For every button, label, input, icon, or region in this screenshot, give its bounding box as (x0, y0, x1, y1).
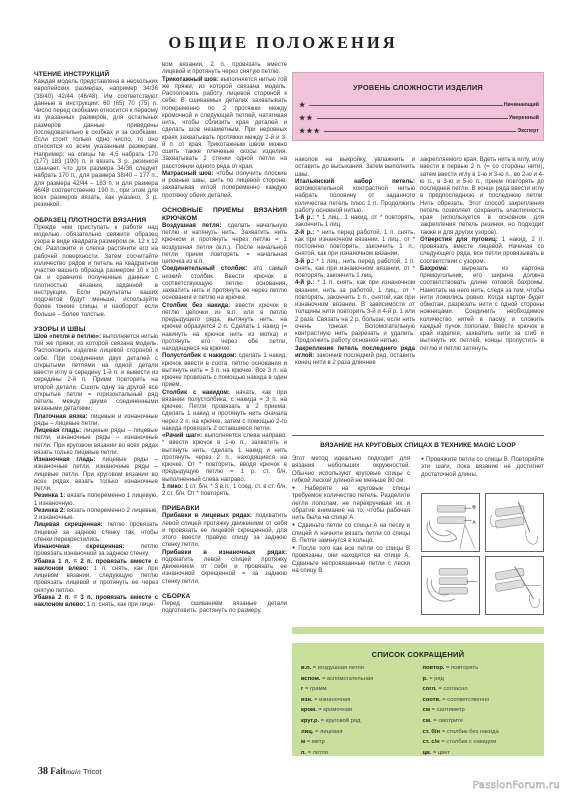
term-paragraph: Резинка 1: вязать попеременно 1 лицевую,… (34, 493, 158, 508)
term-paragraph: Изнаночная скрещенная: петлю провязать и… (34, 544, 158, 559)
term-paragraph: Резинка 2: вязать попеременно 2 лицевые,… (34, 508, 158, 523)
abbreviation-item: лиц. = лицевая (301, 727, 417, 738)
abbreviation-item: ст. б/н = столбик без накида (423, 727, 539, 738)
bullet-icon: ● (292, 522, 296, 528)
page-number: 38 (38, 766, 48, 777)
abbreviations-left-column: в.п. = воздушная петлявспом. = вспомогат… (301, 663, 417, 758)
page-footer: 38 Faitmain Tricot (38, 766, 101, 777)
continued-text: вом вязании, 2 п. провязать вместе лицев… (162, 62, 287, 77)
term-label: Полустолбик с накидом: (162, 353, 237, 359)
magic-loop-step: ●Сдвиньте петли со спицы А на леску и сп… (292, 522, 410, 545)
knitting-needles-icon (422, 557, 479, 614)
continued-text: наколов на выкройку, увлажнить и оставит… (295, 157, 415, 179)
term-description: сделать начальную петлю и натянуть нить.… (162, 223, 287, 265)
star-icon: ★★★ (299, 127, 321, 135)
magic-loop-diagram-1: B A (421, 493, 480, 552)
term-list: Прибавки в лицевых рядах: подхватить лев… (162, 513, 287, 586)
term-paragraph: Закрепление петель последнего ряда иглой… (295, 346, 415, 368)
knitting-needles-icon (486, 557, 543, 614)
magazine-brand: Fait (50, 766, 66, 776)
abbreviation-item: п. = петля (301, 748, 417, 759)
abbreviation-item: ст. с/н = столбик с накидом (423, 737, 539, 748)
magazine-name: Tricot (83, 767, 101, 776)
term-paragraph: Изнаночная гладь: лицевые ряды – изнаноч… (34, 457, 158, 493)
term-description: подхватить левой спицей протяжку движени… (162, 557, 287, 585)
term-label: Лицевая скрещенная: (34, 522, 103, 528)
term-label: Воздушная петля: (162, 223, 221, 229)
section-title-crochet: ОСНОВНЫЕ ПРИЕМЫ ВЯЗАНИЯ КРЮЧКОМ (162, 207, 287, 223)
magic-loop-step: ●Провяжите петли со спицы В. Повторяйте … (421, 456, 544, 479)
section-title-gauge-swatch: ОБРАЗЕЦ ПЛОТНОСТИ ВЯЗАНИЯ (34, 217, 158, 225)
term-paragraph: Матрасный шов: чтобы получить плоские и … (162, 171, 287, 200)
term-label: Матрасный шов: (162, 171, 214, 177)
term-list: Трикотажный шов: выполняется нитью той ж… (162, 77, 287, 200)
difficulty-label: Эксперт (517, 128, 539, 134)
term-paragraph: 1-й р.: * 1 лиц., 1 накид, от * повторят… (295, 215, 415, 230)
term-paragraph: Трикотажный шов: выполняется нитью той ж… (162, 77, 287, 171)
term-label: Соединительный столбик: (162, 266, 247, 272)
abbreviation-item: в.п. = воздушная петля (301, 663, 417, 674)
magic-loop-step: ●Наберите на круговые спицы требуемое ко… (292, 485, 410, 522)
term-paragraph: 4-й р.: * 1 п. снять, как при изнаночном… (295, 280, 415, 345)
abbreviations-title: СПИСОК СОКРАЩЕНИЙ (292, 650, 544, 659)
leader-line (309, 105, 502, 106)
section-text-assembly: Перед сшиванием вязаные детали подготови… (162, 601, 287, 616)
magic-loop-step: ●После того как все петли со спицы В про… (292, 545, 410, 575)
term-label: Изнаночная скрещенная: (34, 544, 124, 550)
term-paragraph: Бахрома: вырезать из картона прямоугольн… (420, 266, 544, 353)
term-label: Шов «петля в петлю»: (34, 334, 101, 340)
difficulty-label: Начинающий (504, 102, 539, 108)
bullet-icon: ● (421, 456, 424, 462)
term-paragraph: 3-й р.: * 1 лиц., нить перед работой, 1 … (295, 259, 415, 281)
term-paragraph: Соединительный столбик: это самый низкий… (162, 266, 287, 302)
term-list: Воздушная петля: сделать начальную петлю… (162, 223, 287, 499)
term-label: 2-й р.: (295, 230, 314, 236)
term-label: Лицевая гладь: (34, 428, 81, 434)
term-paragraph: Шов «петля в петлю»: выполняется нитью т… (34, 334, 158, 414)
svg-text:A: A (472, 519, 476, 525)
difficulty-row-beginner: ★ Начинающий (299, 101, 539, 109)
abbreviation-item: цв. = цвет (423, 748, 539, 759)
page-title: ОБЩИЕ ПОЛОЖЕНИЯ (0, 33, 566, 53)
abbreviations-top-strip (292, 627, 544, 634)
magic-loop-diagram-2 (485, 493, 544, 552)
term-paragraph: Отверстия для пуговиц: 1 накид, 2 п. про… (420, 237, 544, 266)
term-label: 1 пико: (162, 484, 183, 490)
difficulty-label: Уверенный (509, 115, 539, 121)
column-1: ЧТЕНИЕ ИНСТРУКЦИЙ Каждая модель представ… (34, 71, 158, 609)
abbreviation-item: согл. = согласно (423, 684, 539, 695)
term-paragraph: Убавка 1 п. = 2 п. провязать вместе с на… (34, 559, 158, 595)
term-label: Платочная вязка: (34, 414, 88, 420)
term-paragraph: Столбик без накида: ввести крючок в петл… (162, 303, 287, 354)
term-paragraph: Прибавки в изнаночных рядах: подхватить … (162, 550, 287, 586)
term-description: начать, как при вязании полустолбика, с … (162, 390, 287, 432)
term-paragraph: 2-й р.: * нить перед работой, 1 п. снять… (295, 230, 415, 259)
leader-line (317, 118, 508, 119)
term-label: Прибавки в изнаночных рядах: (162, 550, 287, 556)
abbreviation-item: р. = ряд (423, 674, 539, 685)
term-label: Трикотажный шов: (162, 77, 219, 83)
abbreviation-item: круг.р. = круговой ряд (301, 716, 417, 727)
abbreviation-item: см = сантиметр (423, 705, 539, 716)
term-description: * 1 п. снять, как при изнаночном вязании… (295, 280, 415, 344)
column-4: закрепляемого края. Вдеть нить в иглу, и… (420, 157, 544, 353)
term-paragraph: Итальянский набор петель: вспомогательно… (295, 179, 415, 215)
term-description: выполняется нитью той же пряжи, из котор… (162, 77, 287, 170)
term-list: Отверстия для пуговиц: 1 накид, 2 п. про… (420, 237, 544, 353)
difficulty-row-confident: ★★ Уверенный (299, 114, 539, 122)
term-description: выполняется нитью той же пряжи, из котор… (34, 334, 158, 413)
term-paragraph: Прибавки в лицевых рядах: подхватить лев… (162, 513, 287, 549)
section-title-assembly: СБОРКА (162, 593, 287, 601)
term-list: Итальянский набор петель: вспомогательно… (295, 179, 415, 368)
star-icon: ★★ (299, 114, 314, 122)
term-paragraph: Столбик с накидом: начать, как при вязан… (162, 390, 287, 434)
term-label: 1-й р.: (295, 215, 314, 221)
section-divider (292, 435, 544, 436)
magic-loop-column-2: ●Провяжите петли со спицы В. Повторяйте … (421, 456, 544, 479)
term-label: Бахрома: (420, 266, 448, 272)
abbreviation-item: изн. = изнаночная (301, 695, 417, 706)
term-list: Шов «петля в петлю»: выполняется нитью т… (34, 334, 158, 610)
leader-line (324, 131, 517, 132)
magic-loop-diagram-4 (485, 556, 544, 615)
term-description: выполняется слева направо: * ввести крюч… (162, 433, 287, 483)
term-description: * 1 лиц., нить перед работой, 1 п. снять… (295, 259, 415, 280)
magazine-brand-italic: main (66, 767, 81, 776)
term-label: 3-й р.: (295, 259, 314, 265)
magic-loop-title: ВЯЗАНИЕ НА КРУГОВЫХ СПИЦАХ В ТЕХНИКЕ MAG… (292, 442, 544, 449)
bullet-icon: ● (292, 545, 296, 551)
magic-loop-intro: Этот метод идеально подходит для вязания… (292, 456, 410, 485)
watermark: PassionForum.ru (473, 780, 560, 791)
term-label: Отверстия для пуговиц: (420, 237, 498, 243)
term-label: Резинка 1: (34, 493, 65, 499)
term-label: Резинка 2: (34, 508, 65, 514)
abbreviation-item: соотв. = соответственно (423, 695, 539, 706)
abbreviation-item: см. = смотрите (423, 716, 539, 727)
difficulty-row-expert: ★★★ Эксперт (299, 127, 539, 135)
abbreviation-item: м = метр (301, 737, 417, 748)
term-label: Прибавки в лицевых рядах: (162, 513, 252, 519)
section-title-reading-instructions: ЧТЕНИЕ ИНСТРУКЦИЙ (34, 71, 158, 79)
bullet-icon: ● (292, 485, 303, 491)
difficulty-level-box: УРОВЕНЬ СЛОЖНОСТИ ИЗДЕЛИЯ ★ Начинающий ★… (292, 72, 544, 141)
term-label: Итальянский набор петель: (295, 179, 415, 185)
magic-loop-diagram-3 (421, 556, 480, 615)
term-description: 1 п. снять, как при лице- (85, 602, 155, 608)
section-text-reading-instructions: Каждая модель представлена в нескольких … (34, 79, 158, 210)
term-paragraph: Воздушная петля: сделать начальную петлю… (162, 223, 287, 267)
abbreviation-item: вспом. = вспомогательная (301, 674, 417, 685)
term-paragraph: Платочная вязка: лицевые и изнаночные ря… (34, 414, 158, 429)
term-description: вырезать из картона прямоугольник, его ш… (420, 266, 544, 352)
abbreviations-right-column: повтор. = повторятьр. = рядсогл. = согла… (423, 663, 539, 758)
term-paragraph: 1 пико: 1 ст. б/н, * 3 в.п., 1 соед. ст.… (162, 484, 287, 499)
column-2: вом вязании, 2 п. провязать вместе лицев… (162, 62, 287, 615)
continued-text: закрепляемого края. Вдеть нить в иглу, и… (420, 157, 544, 237)
difficulty-title: УРОВЕНЬ СЛОЖНОСТИ ИЗДЕЛИЯ (293, 83, 543, 92)
term-description: вспомогательной контрастной нитью набрат… (295, 186, 415, 214)
term-label: Столбик без накида: (162, 303, 230, 309)
term-description: ввести крючок в петлю цепочки из в.п. ил… (162, 303, 287, 353)
abbreviation-item: кром. = кромочная (301, 705, 417, 716)
svg-text:B: B (472, 504, 476, 510)
term-paragraph: Лицевая скрещенная: петлю провязать лице… (34, 522, 158, 544)
term-paragraph: Убавка 2 п. = 3 п. провязать вместе с на… (34, 595, 158, 610)
abbreviations-box: СПИСОК СОКРАЩЕНИЙ в.п. = воздушная петля… (292, 643, 544, 756)
term-label: Изнаночная гладь: (34, 457, 95, 463)
knitting-needles-icon: B A (422, 494, 479, 551)
column-3: наколов на выкройку, увлажнить и оставит… (295, 157, 415, 367)
term-paragraph: Полустолбик с накидом: сделать 1 накид, … (162, 353, 287, 389)
term-paragraph: «Рачий шаг»: выполняется слева направо: … (162, 433, 287, 484)
section-text-gauge-swatch: Прежде чем приступать к работе над модел… (34, 225, 158, 319)
magic-loop-column-1: Этот метод идеально подходит для вязания… (292, 456, 410, 575)
term-label: «Рачий шаг»: (162, 433, 202, 439)
knitting-needles-icon (486, 494, 543, 551)
term-label: Столбик с накидом: (162, 390, 230, 396)
abbreviation-item: г = грамм (301, 684, 417, 695)
section-title-patterns-seams: УЗОРЫ И ШВЫ (34, 326, 158, 334)
star-icon: ★ (299, 101, 306, 109)
term-label: 4-й р.: (295, 280, 314, 286)
abbreviation-item: повтор. = повторять (423, 663, 539, 674)
term-paragraph: Лицевая гладь: лицевые ряды – лицевые пе… (34, 428, 158, 457)
